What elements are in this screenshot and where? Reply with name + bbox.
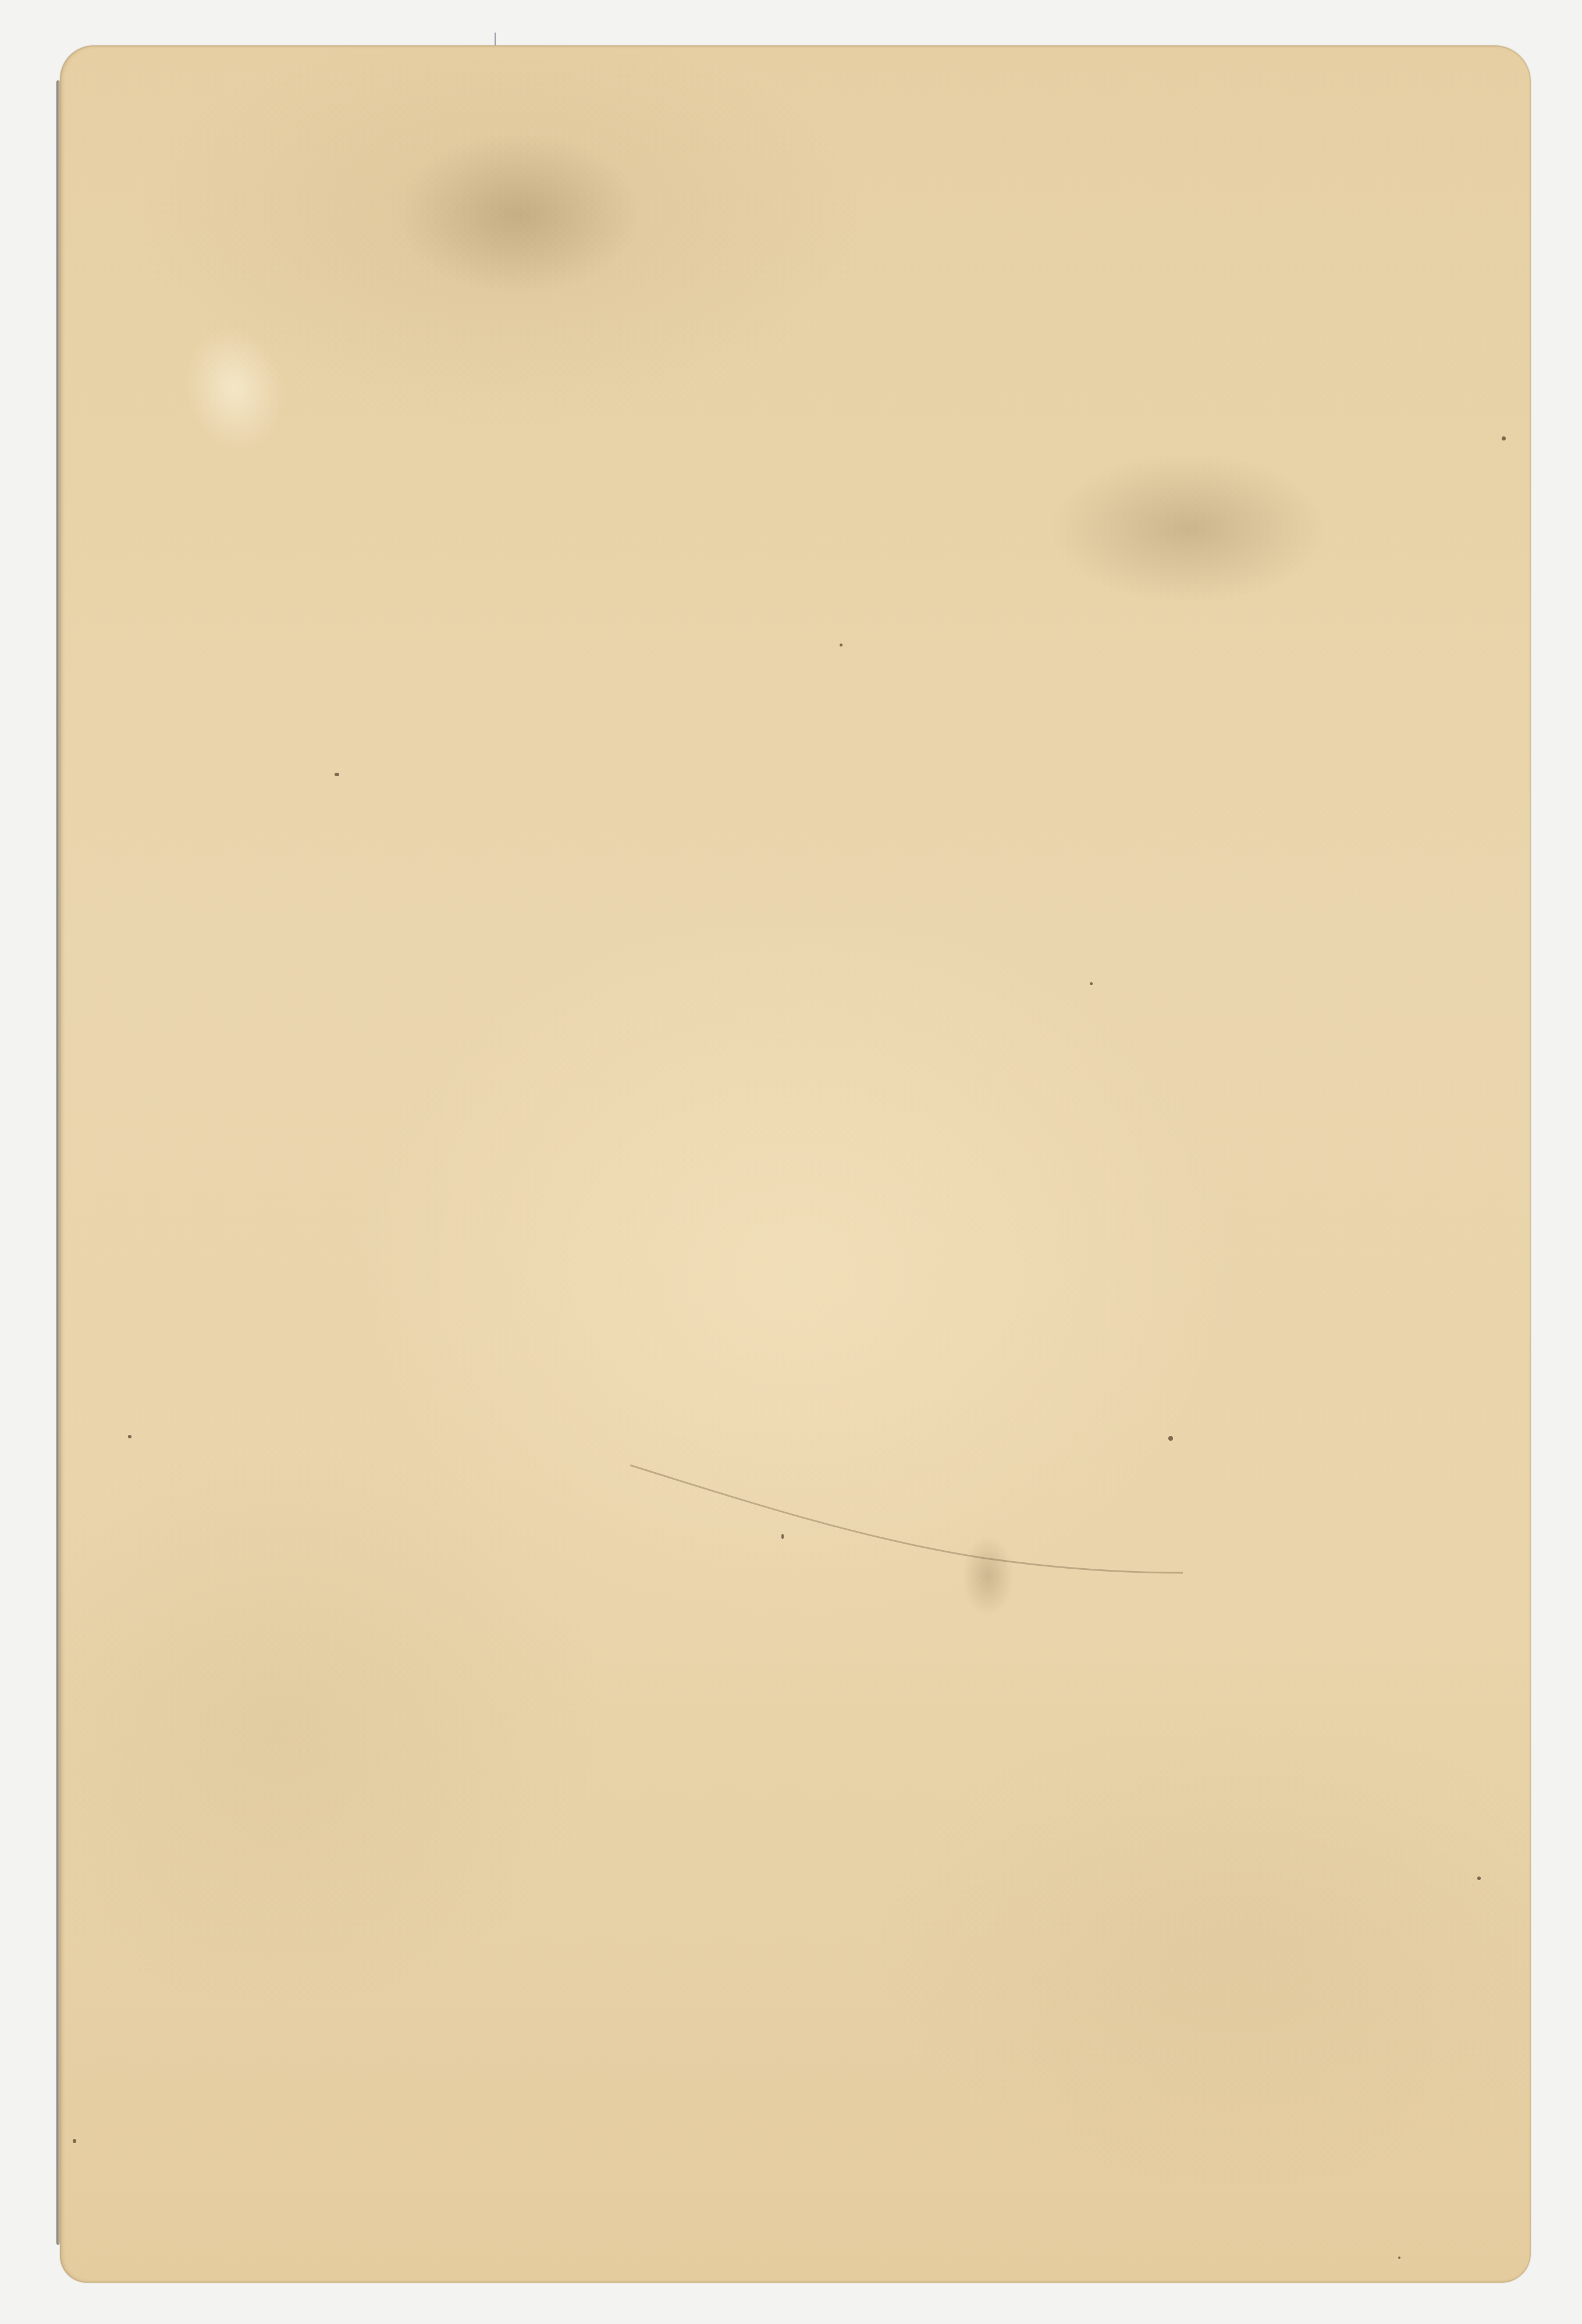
paper-speck bbox=[128, 1435, 131, 1438]
paper-stain bbox=[397, 133, 642, 296]
paper-speck bbox=[1168, 1436, 1173, 1441]
card-left-edge bbox=[56, 80, 60, 2245]
paper-speck bbox=[1090, 982, 1093, 985]
paper-speck bbox=[73, 2139, 76, 2143]
paper-speck bbox=[1477, 1877, 1481, 1880]
paper-stain bbox=[962, 1535, 1014, 1616]
paper-speck bbox=[1502, 436, 1506, 440]
paper-speck bbox=[840, 644, 842, 646]
paper-stain bbox=[1049, 453, 1328, 604]
paper-speck bbox=[781, 1534, 784, 1539]
paper-speck bbox=[335, 773, 339, 776]
cabinet-card-back bbox=[60, 45, 1531, 2283]
paper-speck bbox=[1398, 2257, 1400, 2259]
paper-scratch bbox=[624, 1448, 1206, 1582]
paper-scuff-mark bbox=[173, 316, 296, 462]
